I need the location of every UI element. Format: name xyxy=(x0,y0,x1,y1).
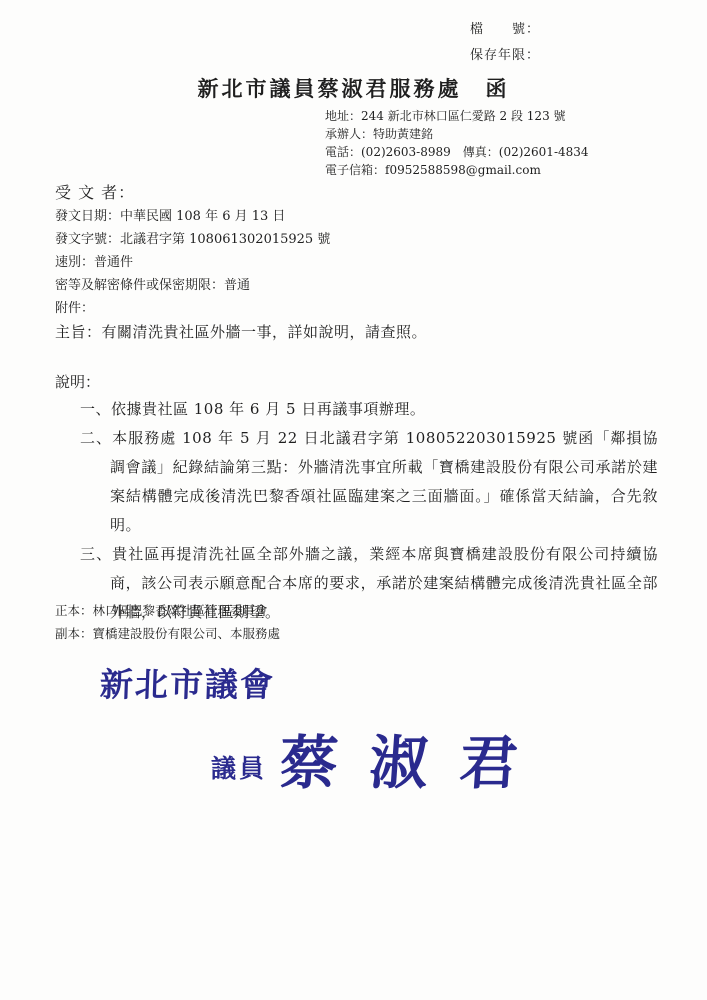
attachment-label: 附件： xyxy=(55,297,330,320)
sender-email: 電子信箱：f0952588598@gmail.com xyxy=(325,161,589,179)
explanation-item-2: 二、本服務處 108 年 5 月 22 日北議君字第 1080522030159… xyxy=(80,424,658,540)
original-copy-recipient: 正本：林口區巴黎香頌社區管理委員會 xyxy=(55,599,280,622)
signature-position-stamp: 議員 xyxy=(211,749,267,785)
issue-date: 發文日期：中華民國 108 年 6 月 13 日 xyxy=(55,205,330,228)
official-letter-page: 檔 號： 保存年限： 新北市議員蔡淑君服務處 函 地址：244 新北市林口區仁愛… xyxy=(0,0,707,1000)
security-classification: 密等及解密條件或保密期限：普通 xyxy=(55,274,330,297)
file-number-label: 檔 號： xyxy=(470,18,540,37)
sender-address: 地址：244 新北市林口區仁愛路 2 段 123 號 xyxy=(325,107,589,125)
document-meta-block: 發文日期：中華民國 108 年 6 月 13 日 發文字號：北議君字第 1080… xyxy=(55,205,330,320)
signature-council-stamp: 新北市議會 xyxy=(99,659,276,706)
explanation-items: 一、依據貴社區 108 年 6 月 5 日再議事項辦理。 二、本服務處 108 … xyxy=(80,395,658,627)
recipient-label: 受 文 者： xyxy=(55,180,135,203)
sender-info-block: 地址：244 新北市林口區仁愛路 2 段 123 號 承辦人：特助黃建銘 電話：… xyxy=(325,107,589,179)
sender-contact-person: 承辦人：特助黃建銘 xyxy=(325,125,589,143)
cc-copy-recipients: 副本：寶橋建設股份有限公司、本服務處 xyxy=(55,622,280,645)
retention-period-label: 保存年限： xyxy=(470,44,540,63)
copies-block: 正本：林口區巴黎香頌社區管理委員會 副本：寶橋建設股份有限公司、本服務處 xyxy=(55,599,280,645)
explanation-label: 說明： xyxy=(55,371,100,392)
document-title: 新北市議員蔡淑君服務處 函 xyxy=(0,73,707,103)
sender-phone-fax: 電話：(02)2603-8989 傳真：(02)2601-4834 xyxy=(325,143,589,161)
explanation-item-1: 一、依據貴社區 108 年 6 月 5 日再議事項辦理。 xyxy=(80,395,658,424)
subject-line: 主旨：有關清洗貴社區外牆一事，詳如說明，請查照。 xyxy=(55,321,655,342)
issue-number: 發文字號：北議君字第 108061302015925 號 xyxy=(55,228,330,251)
delivery-speed: 速別：普通件 xyxy=(55,251,330,274)
signature-name-stamp: 蔡淑君 xyxy=(277,716,553,800)
